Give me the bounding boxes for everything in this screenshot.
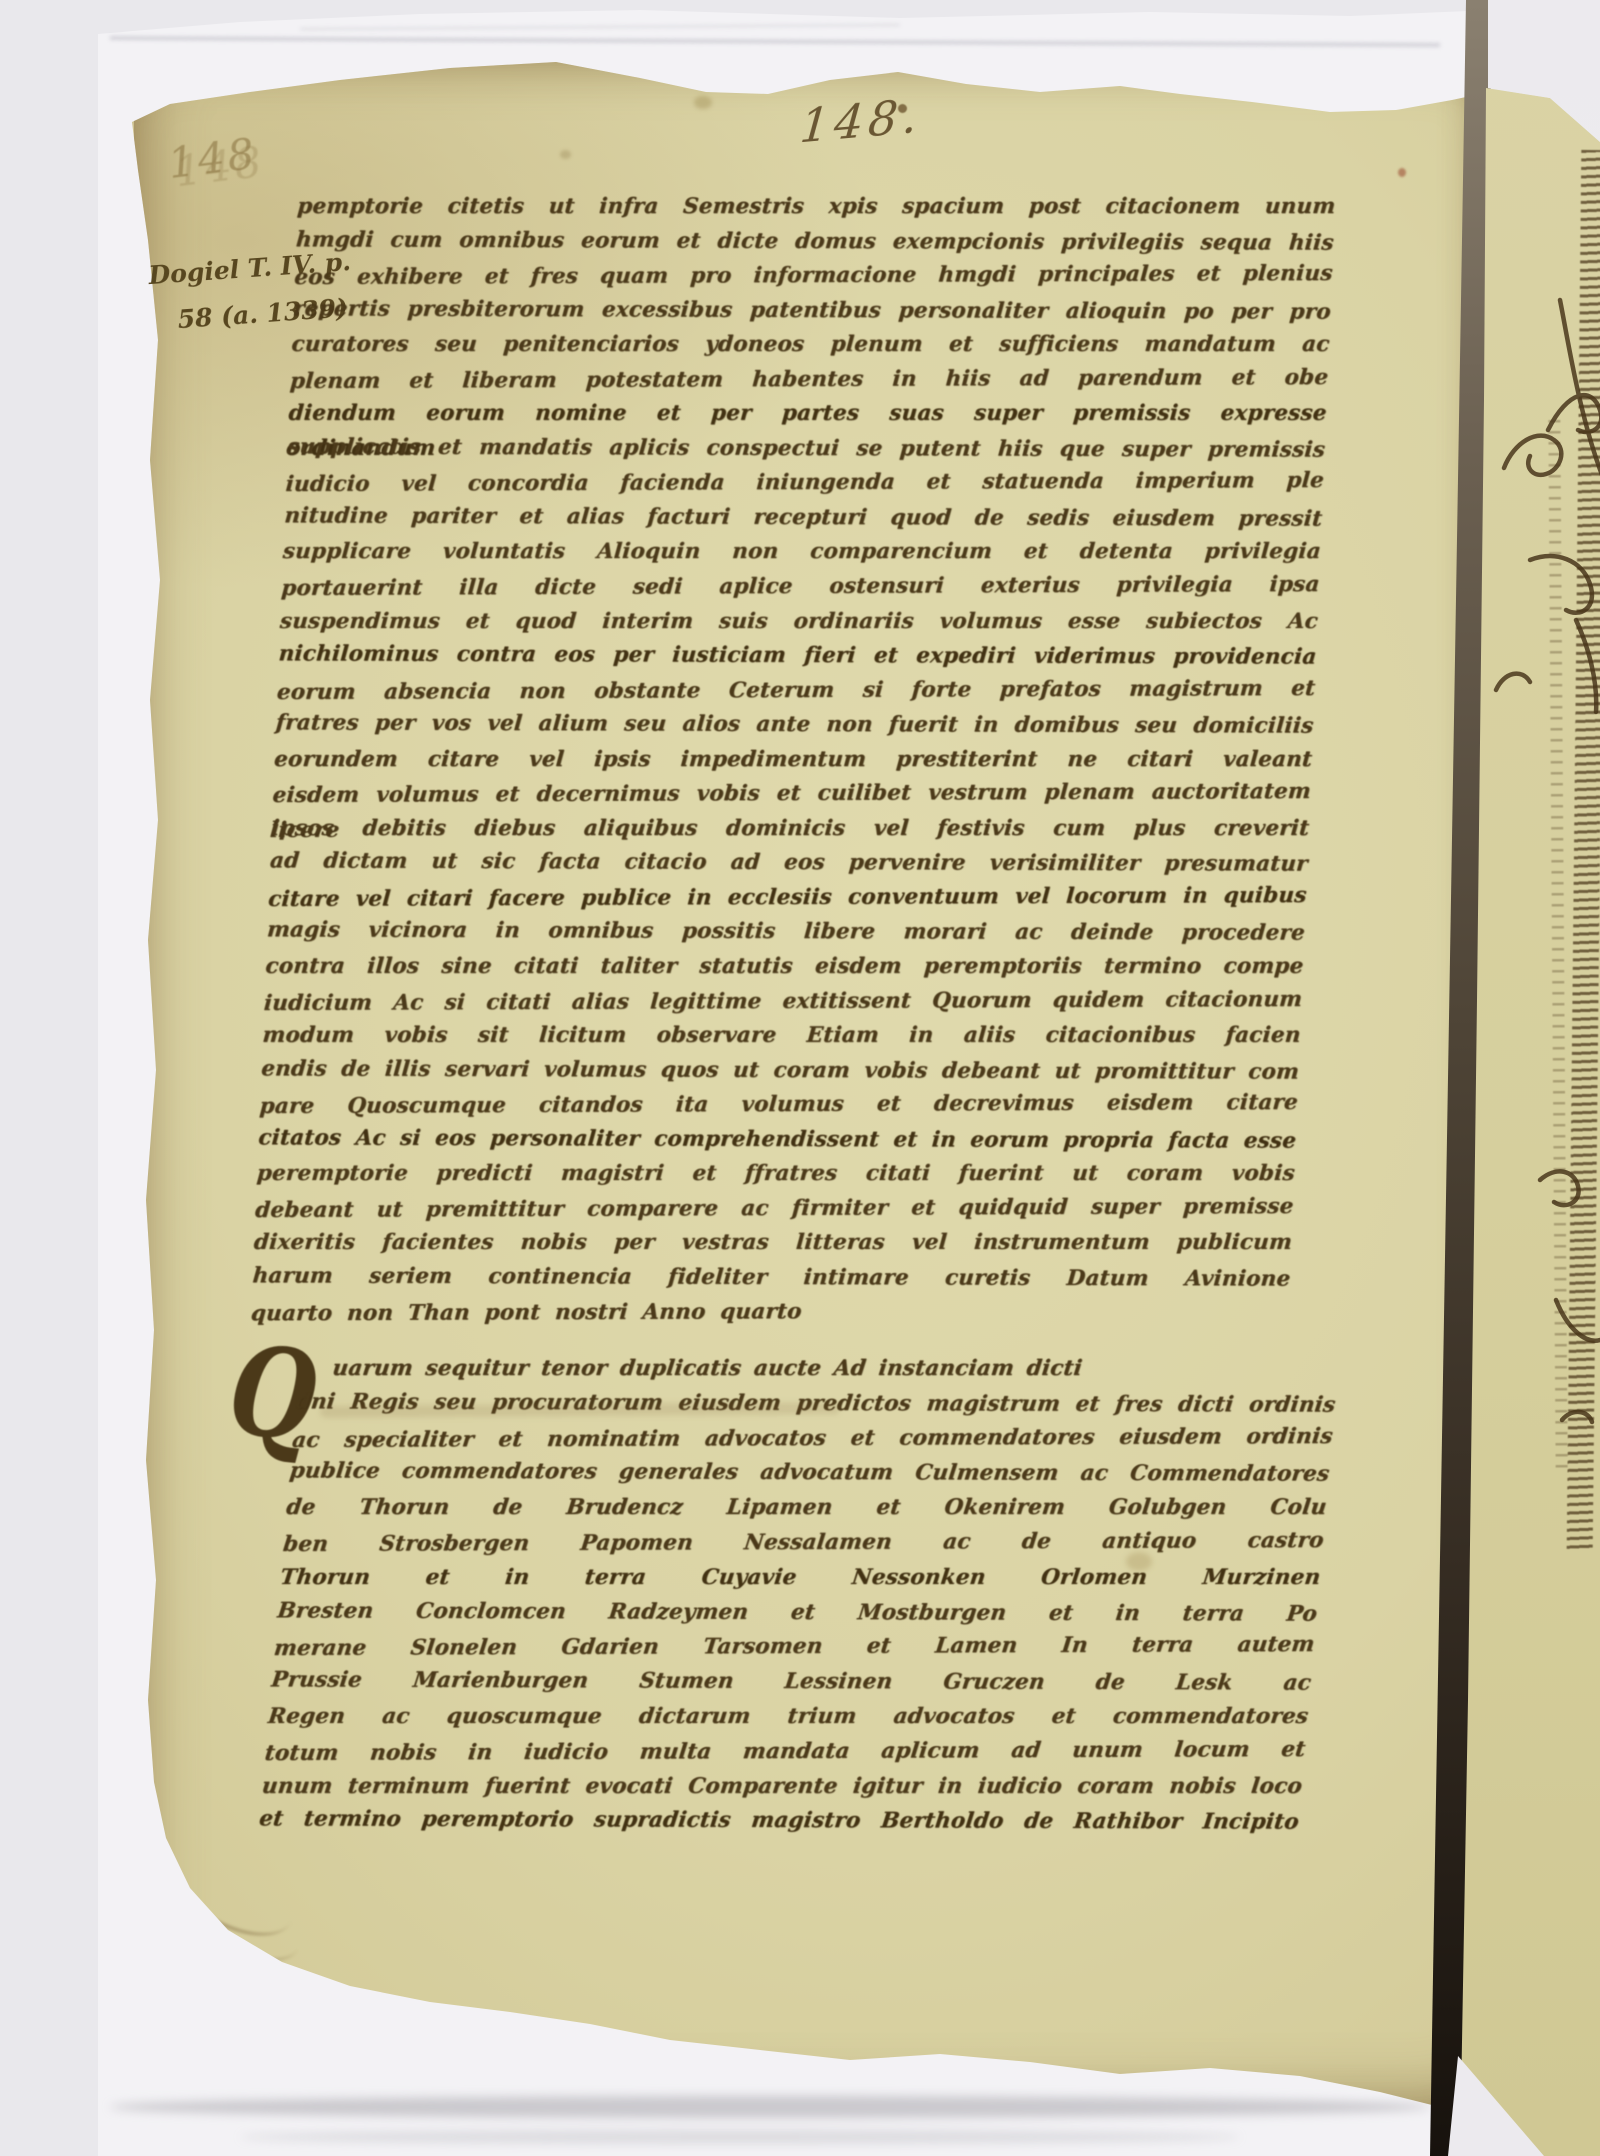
manuscript-line: eos exhibere et fres quam pro informacio… <box>293 257 1334 296</box>
manuscript-line: uarum sequitur tenor duplicatis aucte Ad… <box>330 1352 1166 1387</box>
manuscript-line: ac specialiter et nominatim advocatos et… <box>290 1420 1335 1459</box>
manuscript-line: nitudine pariter et alias facturi recept… <box>283 499 1324 537</box>
manuscript-line: debeant ut premittitur comparere ac firm… <box>254 1190 1295 1229</box>
manuscript-line: merane Slonelen Gdarien Tarsomen et Lame… <box>272 1628 1317 1667</box>
folio-number: 148. <box>798 88 925 153</box>
manuscript-line: pemptorie citetis ut infra Semestris xpi… <box>296 190 1337 225</box>
sheet-edge-shadow <box>240 2130 1240 2144</box>
manuscript-line: peremptorie predicti magistri et ffratre… <box>255 1157 1296 1192</box>
sheet-edge-shadow <box>110 2096 1430 2118</box>
manuscript-line: citatos Ac si eos personaliter comprehen… <box>257 1121 1298 1159</box>
manuscript-line: curatores seu penitenciarios ydoneos ple… <box>290 328 1331 363</box>
manuscript-line: suspendimus et quod interim suis ordinar… <box>279 605 1320 640</box>
manuscript-line: modum vobis sit licitum observare Etiam … <box>261 1019 1302 1054</box>
manuscript-line: endis de illis servari volumus quos ut c… <box>260 1052 1301 1090</box>
manuscript-line: repertis presbiterorum excessibus patent… <box>292 292 1333 330</box>
paper-stain <box>560 150 571 159</box>
manuscript-line: Prussie Marienburgen Stumen Lessinen Gru… <box>269 1664 1313 1702</box>
manuscript-line: ad dictam ut sic facta citacio ad eos pe… <box>269 845 1310 883</box>
manuscript-line: publice commendatores generales advocatu… <box>287 1455 1331 1493</box>
manuscript-line: magis vicinora in omnibus possitis liber… <box>266 914 1307 952</box>
manuscript-line: citare vel citari facere publice in eccl… <box>267 879 1308 918</box>
manuscript-line: ben Strosbergen Papomen Nessalamen ac de… <box>281 1524 1326 1563</box>
manuscript-line: Bresten Conclomcen Radzeymen et Mostburg… <box>275 1594 1319 1632</box>
manuscript-line: eorundem citare vel ipsis impedimentum p… <box>273 743 1314 778</box>
manuscript-line: supplicare voluntatis Alioquin non compa… <box>281 535 1322 570</box>
manuscript-line: nichilominus contra eos per iusticiam fi… <box>277 637 1318 675</box>
manuscript-line: iudicio vel concordia facienda iniungend… <box>284 464 1325 503</box>
manuscript-line: harum seriem continencia fideliter intim… <box>251 1259 1292 1297</box>
manuscript-line: Thorun et in terra Cuyavie Nessonken Orl… <box>278 1561 1322 1596</box>
manuscript-line: portauerint illa dicte sedi aplice osten… <box>280 568 1321 607</box>
manuscript-line: eorum absencia non obstante Ceterum si f… <box>276 672 1317 711</box>
manuscript-line: diendum eorum nomine et per partes suas … <box>287 397 1328 432</box>
manuscript-photo-stage: 148. 148 Dogiel T. IV. p. 58 (a. 1339) p… <box>0 0 1600 2156</box>
manuscript-line: fratres per vos vel alium seu alios ante… <box>274 707 1315 745</box>
manuscript-line: pare Quoscumque citandos ita volumus et … <box>258 1086 1299 1125</box>
manuscript-line: plenam et liberam potestatem habentes in… <box>289 361 1330 400</box>
text-block-2: uarum sequitur tenor duplicatis aucte Ad… <box>257 1352 1340 1839</box>
manuscript-line: quarto non Than pont nostri Anno quarto <box>250 1294 938 1331</box>
manuscript-line: dixeritis facientes nobis per vestras li… <box>253 1226 1294 1261</box>
manuscript-line: contra illos sine citati taliter statuti… <box>264 950 1305 985</box>
paper-stain <box>1126 1552 1152 1571</box>
ink-stain <box>898 104 907 113</box>
manuscript-line: totum nobis in iudicio multa mandata apl… <box>263 1733 1308 1772</box>
paper-stain <box>1398 168 1406 177</box>
manuscript-line: hmgdi cum omnibus eorum et dicte domus e… <box>295 223 1336 261</box>
manuscript-line: unum terminum fuerint evocati Comparente… <box>260 1770 1304 1805</box>
manuscript-line: de Thorun de Brudencz Lipamen et Okenire… <box>284 1491 1328 1526</box>
manuscript-line: et termino peremptorio supradictis magis… <box>257 1803 1301 1841</box>
manuscript-line: iudicium Ac si citati alias legittime ex… <box>263 983 1304 1022</box>
manuscript-line: Regen ac quoscumque dictarum trium advoc… <box>266 1700 1310 1735</box>
manuscript-line: supplicatis et mandatis aplicis conspect… <box>286 430 1327 468</box>
manuscript-line: eisdem volumus et decernimus vobis et cu… <box>271 775 1312 814</box>
manuscript-line: ipsos debitis diebus aliquibus dominicis… <box>270 812 1311 847</box>
paper-stain <box>694 96 712 109</box>
text-block-1: pemptorie citetis ut infra Semestris xpi… <box>250 190 1336 1330</box>
